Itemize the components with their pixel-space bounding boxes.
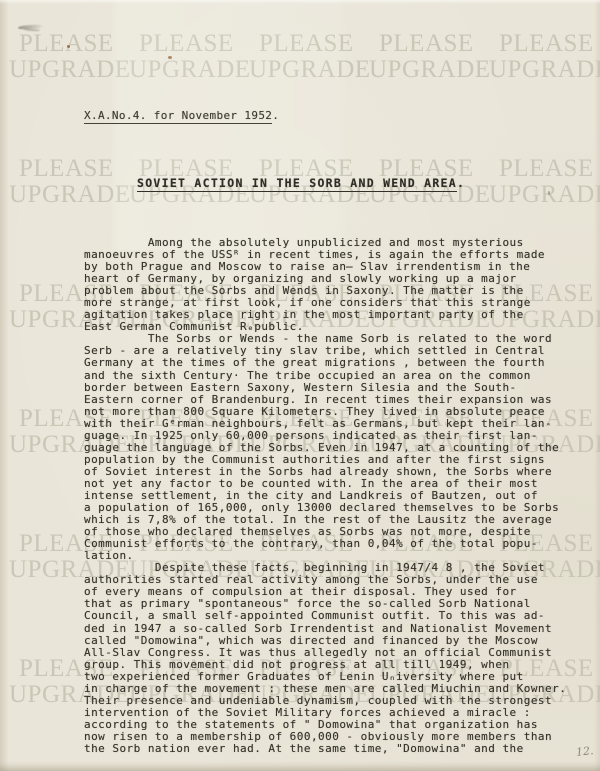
body-line: in charge of the movement : these men ar… [84, 683, 584, 695]
body-line: group. This movement did not progress at… [84, 659, 584, 671]
body-line: Communist efforts to the contrary, than … [84, 538, 584, 550]
body-line: All-Slav Congress. It was thus allegedly… [84, 647, 584, 659]
document-body: Among the absolutely unpublicized and mo… [84, 237, 584, 755]
body-line: Council, a small self-appointed Communis… [84, 610, 584, 622]
document-title-text: SOVIET ACTION IN THE SORB AND WEND AREA [137, 176, 457, 192]
body-line: not more than 800 Square Kilometers. The… [84, 406, 584, 418]
body-line: the Sorb nation ever had. At the same ti… [84, 743, 584, 755]
body-line: ded in 1947 a so-called Sorb Irrendentis… [84, 623, 584, 635]
document-page: PLEASEUPGRADEPLEASEUPGRADEPLEASEUPGRADEP… [0, 0, 600, 771]
body-line: called "Domowina", which was directed an… [84, 635, 584, 647]
body-line: and the sixth Century· The tribe occupie… [84, 370, 584, 382]
body-line: Eastern corner of Brandenburg. In recent… [84, 394, 584, 406]
body-line: two experienced former Graduates of Leni… [84, 671, 584, 683]
document-reference: X.A.No.4. for November 1952. [84, 109, 279, 122]
page-number: 12. [575, 744, 594, 759]
body-line: guage. In 1925 only 60,000 persons indic… [84, 430, 584, 442]
body-line: Germany at the times of the great migrat… [84, 357, 584, 369]
document-title: SOVIET ACTION IN THE SORB AND WEND AREA. [137, 176, 465, 190]
document-reference-period: . [272, 109, 279, 122]
document-reference-text: X.A.No.4. for November 1952 [84, 109, 272, 124]
document-content: X.A.No.4. for November 1952. SOVIET ACTI… [0, 0, 600, 771]
document-title-period: . [457, 176, 465, 190]
body-line: border between Eastern Saxony, Western S… [84, 382, 584, 394]
body-line: with their Gᵉrman neighbours, felt as Ge… [84, 418, 584, 430]
